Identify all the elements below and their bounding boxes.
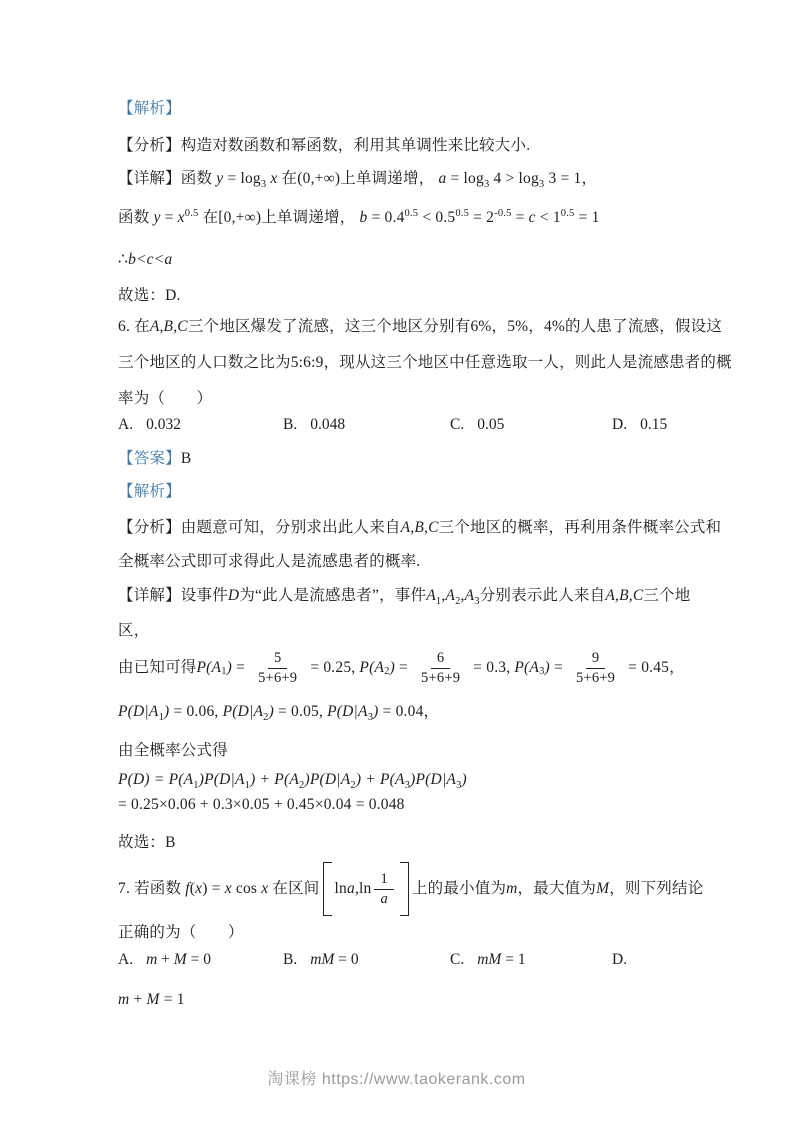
- q6-option-d: D. 0.15: [612, 416, 718, 434]
- text-segment: = 1: [575, 209, 600, 226]
- text-segment: = 0.04，: [379, 703, 440, 720]
- text-segment: P(A: [359, 656, 384, 680]
- text-segment: = 0.25×0.06 + 0.3×0.05 + 0.45×0.04 = 0.0…: [118, 796, 405, 813]
- text-segment: 2: [263, 712, 268, 723]
- q5-detail-line2: 函数 y = x0.5 在[0,+∞)上单调递增， b = 0.40.5 < 0…: [118, 206, 600, 232]
- text-segment: M: [174, 951, 187, 968]
- text-segment: = 0: [334, 951, 358, 968]
- text-segment: 4 > log: [489, 170, 539, 187]
- q7-options-row: A. m + M = 0 B. mM = 0 C. mM = 1 D.: [118, 951, 718, 969]
- text-segment: 三个地区的概率，再利用条件概率公式和: [439, 519, 722, 536]
- q6-analysis-line2: 全概率公式即可求得此人是流感患者的概率.: [118, 550, 420, 574]
- q7-option-c: C. mM = 1: [450, 951, 612, 969]
- fraction-denominator: a: [374, 890, 393, 909]
- q6-answer-choice: 故选：B: [118, 831, 176, 855]
- text-segment: B: [181, 450, 192, 467]
- fraction-denominator: 5+6+9: [252, 669, 303, 688]
- text-segment: c: [529, 209, 536, 226]
- q6-detail-line2: 区，: [118, 619, 149, 643]
- text-segment: -0.5: [494, 208, 511, 219]
- option-letter: B.: [283, 416, 297, 434]
- option-value: 0.048: [310, 416, 345, 434]
- text-segment: A: [465, 587, 475, 604]
- text-segment: P(A: [514, 656, 539, 680]
- text-segment: mM: [310, 951, 334, 968]
- text-segment: M: [596, 877, 609, 901]
- text-segment: b<c<a: [128, 251, 172, 268]
- text-segment: < 0.5: [418, 209, 455, 226]
- text-segment: 2: [299, 780, 304, 791]
- option-letter: D.: [612, 951, 627, 969]
- math-fraction: 95+6+9: [570, 649, 621, 688]
- left-bracket: [323, 862, 332, 916]
- fraction-numerator: 1: [374, 870, 393, 890]
- q5-conclusion: ∴b<c<a: [118, 248, 172, 272]
- text-segment: 在[0,+∞)上单调递增，: [199, 209, 360, 226]
- text-segment: 故选：B: [118, 834, 176, 851]
- text-segment: 1: [436, 596, 441, 607]
- text-segment: 正确的为（ ）: [118, 924, 244, 941]
- q7-stem-line2: 正确的为（ ）: [118, 921, 244, 945]
- text-segment: ) + P(A: [250, 771, 299, 788]
- option-letter: A.: [118, 951, 133, 969]
- option-letter: B.: [283, 951, 297, 969]
- text-segment: = 0.45，: [624, 656, 685, 680]
- text-segment: A,B,C: [150, 318, 188, 335]
- text-segment: P(D|A: [118, 703, 159, 720]
- text-segment: 1: [221, 660, 226, 684]
- text-segment: 在(0,+∞)上单调递增，: [277, 170, 438, 187]
- math-fraction: 1a: [374, 870, 393, 909]
- q6-stem-line2: 三个地区的人口数之比为5:6:9，现从这三个地区中任意选取一人，则此人是流感患者…: [118, 351, 732, 375]
- q5-solution-label: 【解析】: [118, 97, 181, 121]
- q6-answer: 【答案】B: [118, 447, 191, 471]
- text-segment: A,B,C: [401, 519, 439, 536]
- text-segment: = 0.25,: [306, 656, 359, 680]
- text-segment: x: [261, 877, 268, 901]
- text-segment: P(D|A: [327, 703, 368, 720]
- option-letter: C.: [450, 416, 464, 434]
- text-segment: )P(D|A: [410, 771, 456, 788]
- fraction-numerator: 6: [431, 649, 450, 669]
- q6-option-b: B. 0.048: [283, 416, 450, 434]
- text-segment: a: [347, 877, 355, 901]
- q5-answer-choice: 故选：D.: [118, 284, 181, 308]
- text-segment: 3: [405, 780, 410, 791]
- q7-option-d: D.: [612, 951, 718, 969]
- text-segment: 0.5: [455, 208, 469, 219]
- option-letter: D.: [612, 416, 627, 434]
- option-letter: C.: [450, 951, 464, 969]
- q6-stem-line1: 6. 在A,B,C三个地区爆发了流感，这三个地区分别有6%，5%，4%的人患了流…: [118, 315, 722, 339]
- text-segment: A,B,C: [605, 587, 643, 604]
- text-segment: ): [462, 771, 467, 788]
- text-segment: =: [550, 656, 567, 680]
- option-value: 0.032: [146, 416, 181, 434]
- text-segment: ，则下列结论: [609, 877, 703, 901]
- q6-total-probability-eq: P(D) = P(A1)P(D|A1) + P(A2)P(D|A2) + P(A…: [118, 768, 467, 794]
- text-segment: ) + P(A: [356, 771, 405, 788]
- option-value: 0.05: [477, 416, 504, 434]
- q6-options-row: A. 0.032 B. 0.048 C. 0.05 D. 0.15: [118, 416, 718, 434]
- text-segment: ln: [335, 877, 347, 901]
- text-segment: 【详解】函数: [118, 170, 216, 187]
- text-segment: 率为（ ）: [118, 390, 212, 407]
- text-segment: m: [506, 877, 517, 901]
- text-segment: M: [147, 991, 160, 1008]
- text-segment: cos: [232, 877, 261, 901]
- text-segment: A: [426, 587, 436, 604]
- fraction-numerator: 5: [268, 649, 287, 669]
- text-segment: 3: [261, 179, 266, 190]
- math-fraction: 65+6+9: [415, 649, 466, 688]
- math-fraction: 55+6+9: [252, 649, 303, 688]
- q6-option-a: A. 0.032: [118, 416, 283, 434]
- text-segment: P(D) = P(A: [118, 771, 193, 788]
- section-label: 【解析】: [118, 100, 181, 117]
- text-segment: ∴: [118, 251, 128, 268]
- text-segment: 1: [159, 712, 164, 723]
- text-segment: +: [129, 991, 146, 1008]
- text-segment: 6. 在: [118, 318, 150, 335]
- q5-detail-line1: 【详解】函数 y = log3 x 在(0,+∞)上单调递增， a = log3…: [118, 167, 597, 193]
- section-label: 【答案】: [118, 450, 181, 467]
- text-segment: 1: [245, 780, 250, 791]
- text-segment: 【详解】设事件: [118, 587, 228, 604]
- text-segment: 【分析】由题意可知，分别求出此人来自: [118, 519, 401, 536]
- text-segment: 故选：D.: [118, 287, 181, 304]
- q7-stem-line1: 7. 若函数 f(x) = x cos x 在区间lna,ln1a上的最小值为m…: [118, 861, 703, 917]
- text-segment: 三个地: [643, 587, 690, 604]
- text-segment: = 0: [187, 951, 211, 968]
- text-segment: 函数: [118, 209, 153, 226]
- option-value: mM = 1: [477, 951, 525, 969]
- text-segment: 0.5: [405, 208, 419, 219]
- text-segment: )P(D|A: [304, 771, 350, 788]
- option-value: m + M = 0: [146, 951, 211, 969]
- text-segment: m: [146, 951, 157, 968]
- text-segment: P(A: [197, 656, 222, 680]
- q6-analysis-line1: 【分析】由题意可知，分别求出此人来自A,B,C三个地区的概率，再利用条件概率公式…: [118, 516, 721, 540]
- text-segment: 0.5: [185, 208, 199, 219]
- text-segment: m: [118, 991, 129, 1008]
- text-segment: 三个地区爆发了流感，这三个地区分别有6%，5%，4%的人患了流感，假设这: [188, 318, 722, 335]
- section-label: 【解析】: [118, 483, 181, 500]
- q6-conditional-probabilities: P(D|A1) = 0.06, P(D|A2) = 0.05, P(D|A3) …: [118, 700, 439, 726]
- text-segment: =: [232, 656, 249, 680]
- text-segment: 上的最小值为: [412, 877, 506, 901]
- footer-watermark: 淘课榜 https://www.taokerank.com: [0, 1066, 793, 1089]
- text-segment: 三个地区的人口数之比为5:6:9，现从这三个地区中任意选取一人，则此人是流感患者…: [118, 354, 732, 371]
- text-segment: x: [195, 877, 202, 901]
- text-segment: x: [266, 170, 277, 187]
- text-segment: 为“此人是流感患者”，事件: [239, 587, 426, 604]
- text-segment: = log: [223, 170, 261, 187]
- text-segment: P(D|A: [223, 703, 264, 720]
- text-segment: < 1: [536, 209, 561, 226]
- text-segment: 区，: [118, 622, 149, 639]
- text-segment: 由全概率公式得: [118, 742, 228, 759]
- option-value: mM = 0: [310, 951, 358, 969]
- text-segment: y: [153, 209, 160, 226]
- q6-option-c: C. 0.05: [450, 416, 612, 434]
- text-segment: = 0.4: [367, 209, 404, 226]
- q6-total-probability-result: = 0.25×0.06 + 0.3×0.05 + 0.45×0.04 = 0.0…: [118, 793, 405, 817]
- q6-stem-line3: 率为（ ）: [118, 387, 212, 411]
- q6-total-probability-label: 由全概率公式得: [118, 739, 228, 763]
- q6-detail-line1: 【详解】设事件D为“此人是流感患者”，事件A1,A2,A3分别表示此人来自A,B…: [118, 584, 690, 610]
- fraction-numerator: 9: [586, 649, 605, 669]
- text-segment: 【分析】构造对数函数和幂函数，利用其单调性来比较大小.: [118, 137, 530, 154]
- text-segment: 3: [484, 179, 489, 190]
- text-segment: 0.5: [561, 208, 575, 219]
- text-segment: = 1: [501, 951, 525, 968]
- text-segment: = 0.06,: [169, 703, 222, 720]
- text-segment: = 1: [160, 991, 185, 1008]
- text-segment: 3: [456, 780, 461, 791]
- text-segment: =: [395, 656, 412, 680]
- text-segment: mM: [477, 951, 501, 968]
- text-segment: = 0.05,: [274, 703, 327, 720]
- text-segment: = 0.3,: [469, 656, 514, 680]
- text-segment: 2: [455, 596, 460, 607]
- q6-solution-label: 【解析】: [118, 480, 181, 504]
- text-segment: ，最大值为: [518, 877, 597, 901]
- document-page: 【解析】 【分析】构造对数函数和幂函数，利用其单调性来比较大小. 【详解】函数 …: [0, 0, 793, 1122]
- text-segment: 由已知可得: [118, 656, 197, 680]
- q7-option-a: A. m + M = 0: [118, 951, 283, 969]
- fraction-denominator: 5+6+9: [570, 669, 621, 688]
- text-segment: ,ln: [355, 877, 372, 901]
- text-segment: 2: [384, 660, 389, 684]
- text-segment: x: [225, 877, 232, 901]
- text-segment: 1: [193, 780, 198, 791]
- text-segment: x: [178, 209, 185, 226]
- q5-analysis: 【分析】构造对数函数和幂函数，利用其单调性来比较大小.: [118, 134, 530, 158]
- text-segment: =: [161, 209, 178, 226]
- fraction-denominator: 5+6+9: [415, 669, 466, 688]
- text-segment: )P(D|A: [199, 771, 245, 788]
- text-segment: 3: [539, 660, 544, 684]
- text-segment: 2: [350, 780, 355, 791]
- text-segment: 全概率公式即可求得此人是流感患者的概率.: [118, 553, 420, 570]
- text-segment: 3 = 1，: [544, 170, 597, 187]
- right-bracket: [400, 862, 409, 916]
- q7-option-d-value: m + M = 1: [118, 988, 185, 1012]
- text-segment: =: [512, 209, 529, 226]
- option-value: 0.15: [640, 416, 667, 434]
- text-segment: D: [228, 587, 239, 604]
- text-segment: 3: [539, 179, 544, 190]
- text-segment: +: [157, 951, 174, 968]
- text-segment: 3: [368, 712, 373, 723]
- text-segment: = 2: [469, 209, 494, 226]
- text-segment: 在区间: [268, 877, 319, 901]
- text-segment: 7. 若函数: [118, 877, 185, 901]
- text-segment: 分别表示此人来自: [480, 587, 606, 604]
- text-segment: A: [445, 587, 455, 604]
- text-segment: 3: [474, 596, 479, 607]
- text-segment: = log: [446, 170, 484, 187]
- q6-prior-probabilities: 由已知可得P(A1) = 55+6+9 = 0.25, P(A2) = 65+6…: [118, 646, 685, 690]
- option-letter: A.: [118, 416, 133, 434]
- q7-option-b: B. mM = 0: [283, 951, 450, 969]
- text-segment: ) =: [202, 877, 224, 901]
